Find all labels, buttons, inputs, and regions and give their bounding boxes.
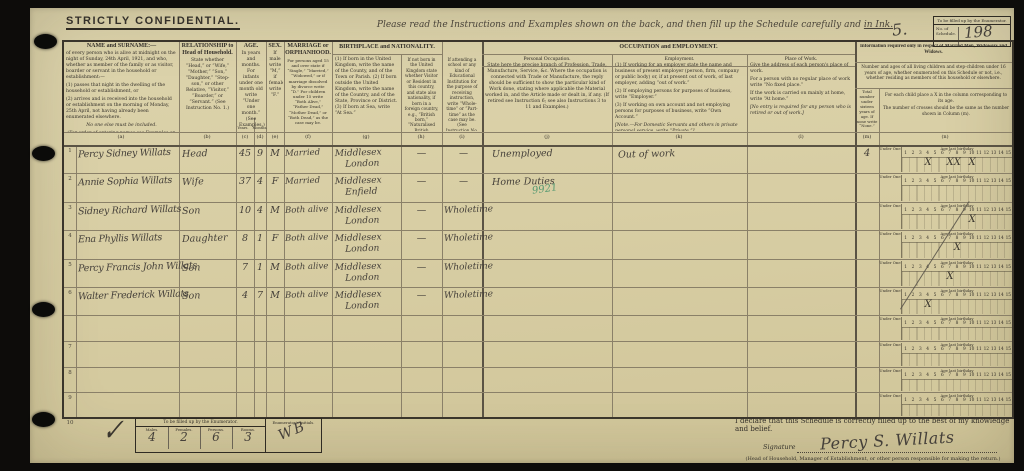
age-number: 8 (953, 398, 960, 403)
age-number: 5 (931, 347, 938, 352)
age-number: 11 (975, 398, 982, 403)
age-number: 12 (983, 208, 990, 213)
employment-desc: (2) If employing persons for purposes of… (613, 88, 746, 102)
age-number: 2 (909, 208, 916, 213)
children-age-grid: Under OneAge last birthday12345678910111… (879, 146, 1012, 172)
age-number: 12 (983, 321, 990, 326)
age-columns (902, 353, 1012, 366)
row-number: 1 (65, 148, 75, 154)
header-sex-column: SEX. If male write “M,” if female write … (267, 43, 283, 132)
grid-line (64, 202, 1012, 203)
sex-entry: F (266, 233, 284, 244)
age-number: 1 (902, 208, 909, 213)
punch-hole (32, 146, 55, 161)
column-letter: (k) (667, 134, 691, 140)
age-number: 14 (997, 373, 1004, 378)
name-entry: Ena Phyllis Willats (78, 232, 180, 246)
age-number: 6 (939, 321, 946, 326)
age-number: 14 (997, 293, 1004, 298)
age-number: 5 (931, 293, 938, 298)
age-number: 11 (975, 321, 982, 326)
age-columns (902, 404, 1012, 416)
age-number: 8 (953, 265, 960, 270)
column-letter: (i) (450, 134, 474, 140)
name-column-title: NAME and SURNAME:— (64, 43, 179, 50)
age-number: 6 (939, 347, 946, 352)
age-number: 6 (939, 373, 946, 378)
age-number: 6 (939, 208, 946, 213)
age-number: 2 (909, 265, 916, 270)
age-number: 12 (983, 373, 990, 378)
age-number: 14 (997, 236, 1004, 241)
age-columns (902, 299, 1012, 314)
punch-hole (32, 412, 55, 427)
age-number: 15 (1005, 179, 1012, 184)
enumerator-box-title: To be filled up by the Enumerator. (136, 419, 265, 427)
age-number: 14 (997, 321, 1004, 326)
education-entry: Wholetime (444, 232, 504, 244)
age-number: 1 (902, 236, 909, 241)
age-number: 12 (983, 179, 990, 184)
header-relationship-column: RELATIONSHIP to Head of Household. State… (180, 43, 235, 132)
age-number: 1 (902, 179, 909, 184)
row-number: 8 (65, 370, 75, 376)
age-number: 1 (902, 398, 909, 403)
age-number: 10 (968, 208, 975, 213)
marriage-entry: Both alive (285, 204, 332, 216)
age-number: 1 (902, 347, 909, 352)
column-letter: (m) (855, 134, 879, 140)
age-number: 14 (997, 151, 1004, 156)
place-of-work-desc: [No entry is required for any person who… (748, 104, 854, 118)
confidential-heading: STRICTLY CONFIDENTIAL. (66, 15, 240, 30)
header-personal-occupation: Personal Occupation. State here the prec… (483, 56, 611, 131)
age-number: 4 (924, 293, 931, 298)
age-number: 7 (946, 347, 953, 352)
age-number: 7 (946, 179, 953, 184)
birthplace-line: London (335, 243, 399, 256)
children-age-grid: Under OneAge last birthday12345678910111… (879, 174, 1012, 201)
age-number: 6 (939, 398, 946, 403)
months-label: Months. (252, 126, 268, 130)
marriage-entry: Both alive (285, 289, 332, 301)
age-number: 10 (968, 321, 975, 326)
age-number: 6 (939, 265, 946, 270)
age-number: 6 (939, 151, 946, 156)
age-number: 7 (946, 293, 953, 298)
age-number: 11 (975, 265, 982, 270)
children-age-grid: Under OneAge last birthday12345678910111… (879, 342, 1012, 366)
enumerator-counts: To be filled up by the Enumerator. Males… (136, 419, 266, 452)
fill-in-ink-instruction: Please read the Instructions and Example… (350, 20, 920, 30)
row-number: 5 (65, 262, 75, 268)
persons-value: 6 (200, 430, 232, 444)
header-birthplace-band: BIRTHPLACE and NATIONALITY. (332, 44, 442, 54)
age-number: 14 (997, 179, 1004, 184)
age-number: 10 (968, 236, 975, 241)
sex-entry: M (266, 262, 284, 273)
header-children-desc: Number and ages of all living children a… (856, 64, 1011, 87)
age-number: 8 (953, 293, 960, 298)
age-number: 3 (917, 179, 924, 184)
age-number: 13 (990, 398, 997, 403)
census-schedule-scan: STRICTLY CONFIDENTIAL. Please read the I… (0, 0, 1024, 471)
sex-entry: F (266, 176, 284, 187)
age-months-entry: 9 (254, 148, 266, 159)
age-number: 12 (983, 293, 990, 298)
age-number: 15 (1005, 265, 1012, 270)
place-of-work-desc: If the work is carried on mainly at home… (748, 90, 854, 104)
age-number: 3 (917, 151, 924, 156)
marriage-entry: Both alive (285, 261, 332, 273)
child-age-mark: X (953, 157, 961, 168)
declaration-note: (Head of Household, Manager of Establish… (735, 456, 1011, 462)
punch-hole (32, 302, 55, 317)
header-marriage-column: MARRIAGE or ORPHANHOOD. For persons aged… (285, 43, 331, 132)
employment-desc: (1) If working for an employer state the… (613, 62, 746, 88)
years-label: Years. (232, 126, 254, 130)
under-one-label: Under One (879, 232, 902, 258)
age-number: 8 (953, 179, 960, 184)
age-number: 5 (931, 265, 938, 270)
instruction-text: Please read the Instructions and Example… (377, 20, 861, 30)
rooms-value: 3 (232, 430, 264, 444)
under-one-label: Under One (879, 317, 902, 340)
age-number: 15 (1005, 236, 1012, 241)
age-number: 2 (909, 398, 916, 403)
grid-line (64, 132, 1012, 133)
marriage-entry: Married (285, 175, 332, 187)
birthplace-entry: Middlesex London (335, 261, 400, 286)
age-number: 13 (990, 179, 997, 184)
age-number: 3 (917, 398, 924, 403)
enumerator-initials-box: Enumerator's Initials. WB (266, 419, 321, 452)
age-number: 15 (1005, 347, 1012, 352)
age-number: 2 (909, 151, 916, 156)
employment-desc: [Note.—For Domestic Servants and others … (613, 122, 746, 131)
row-number: 3 (65, 205, 75, 211)
birthplace-line: London (335, 215, 399, 228)
age-number: 3 (917, 208, 924, 213)
age-number: 2 (909, 236, 916, 241)
name-entry: Percy Francis John Willats (78, 261, 180, 275)
grid-line (64, 230, 1012, 231)
age-number: 7 (946, 398, 953, 403)
grid-line (64, 392, 1012, 393)
age-number: 14 (997, 265, 1004, 270)
age-number: 3 (917, 373, 924, 378)
child-age-mark: X (946, 271, 954, 282)
age-number: 5 (931, 321, 938, 326)
age-number: 5 (931, 236, 938, 241)
age-number: 13 (990, 236, 997, 241)
females-value: 2 (168, 430, 200, 444)
grid-line (64, 315, 1012, 316)
grid-line (64, 173, 1012, 174)
age-number: 3 (917, 321, 924, 326)
name-entry: Percy Sidney Willats (78, 147, 180, 161)
age-columns (902, 327, 1012, 340)
age-number: 3 (917, 347, 924, 352)
birthplace-entry: Middlesex London (335, 289, 400, 314)
under-one-label: Under One (879, 204, 902, 229)
age-number: 4 (924, 321, 931, 326)
grid-line (64, 367, 1012, 368)
age-number: 4 (924, 398, 931, 403)
header-age-grid: For each child place a X in the column c… (880, 92, 1012, 131)
schedule-number-value: 198 (963, 22, 993, 42)
sex-entry: M (266, 205, 284, 216)
age-number: 7 (946, 208, 953, 213)
name-column-desc: of every person who is alive at midnight… (64, 50, 179, 82)
child-age-mark: X (924, 157, 932, 168)
age-number: 8 (953, 208, 960, 213)
under-one-label: Under One (879, 261, 902, 286)
age-number: 9 (961, 236, 968, 241)
age-number: 9 (961, 321, 968, 326)
relationship-column-title: RELATIONSHIP to Head of Household. (180, 43, 235, 57)
age-number: 1 (902, 265, 909, 270)
name-entry: Annie Sophia Willats (78, 175, 180, 189)
age-number: 4 (924, 151, 931, 156)
age-number: 2 (909, 373, 916, 378)
age-number: 4 (924, 347, 931, 352)
signature-row: Signature Percy S. Willats (735, 433, 1011, 455)
grid-line (76, 145, 77, 417)
relationship-column-desc: State whether “Head,” or “Wife,” “Mother… (180, 57, 235, 113)
column-letter: (a) (109, 134, 133, 140)
age-number: 6 (939, 293, 946, 298)
age-number: 8 (953, 373, 960, 378)
males-value: 4 (136, 430, 168, 444)
age-number: 8 (953, 347, 960, 352)
age-number: 2 (909, 347, 916, 352)
education-entry: Wholetime (444, 261, 504, 273)
handwritten-five: 5. (891, 19, 908, 39)
age-years-entry: 45 (236, 148, 254, 159)
age-number: 15 (1005, 151, 1012, 156)
total-children-entry: 4 (855, 148, 879, 159)
age-number: 7 (946, 321, 953, 326)
name-entry: Sidney Richard Willats (78, 204, 180, 218)
children-age-grid: Under OneAge last birthday12345678910111… (879, 368, 1012, 391)
relationship-entry: Daughter (182, 232, 236, 245)
birthplace-column-desc: (1) If born in the United Kingdom, write… (333, 56, 400, 118)
under-one-label: Under One (879, 394, 902, 416)
education-column-desc: If attending a school or any kind of Edu… (443, 56, 481, 131)
age-number: 5 (931, 151, 938, 156)
birthplace-entry: Middlesex Enfield (335, 175, 400, 200)
nationality-entry: — (401, 148, 442, 159)
age-years-entry: 8 (236, 233, 254, 244)
age-number: 10 (968, 151, 975, 156)
age-number: 4 (924, 236, 931, 241)
age-months-entry: 4 (254, 205, 266, 216)
column-letter: (f) (296, 134, 320, 140)
row-number: 7 (65, 344, 75, 350)
age-number: 9 (961, 265, 968, 270)
instruction-emphasis: in Ink. (864, 20, 893, 30)
age-number: 10 (968, 293, 975, 298)
under-one-label: Under One (879, 289, 902, 314)
nationality-entry: — (401, 262, 442, 273)
age-number: 8 (953, 151, 960, 156)
age-number: 12 (983, 265, 990, 270)
age-number: 13 (990, 347, 997, 352)
grid-line (64, 259, 1012, 260)
age-number: 9 (961, 398, 968, 403)
age-number: 13 (990, 321, 997, 326)
age-months-entry: 7 (254, 290, 266, 301)
age-column-desc: In years and months. For infants under o… (237, 50, 265, 130)
age-number: 11 (975, 373, 982, 378)
sex-entry: M (266, 148, 284, 159)
under-one-label: Under One (879, 343, 902, 366)
header-education-column: If attending a school or any kind of Edu… (443, 56, 481, 131)
grid-line (64, 287, 1012, 288)
header-total-children: Total number under sixteen years of age.… (855, 90, 879, 131)
column-letter: (h) (409, 134, 433, 140)
age-columns (902, 185, 1012, 201)
age-number: 14 (997, 347, 1004, 352)
header-age-column: AGE. In years and months. For infants un… (237, 43, 265, 132)
relationship-entry: Head (182, 147, 236, 160)
age-number: 10 (968, 398, 975, 403)
age-number: 12 (983, 236, 990, 241)
header-children-band: Information required only in respect of … (855, 44, 1012, 62)
child-age-mark: X (968, 214, 976, 225)
name-column-desc: (1) passes that night in the dwelling of… (64, 82, 179, 96)
marriage-entry: Both alive (285, 232, 332, 244)
age-number: 1 (902, 321, 909, 326)
occupation-band-title: OCCUPATION and EMPLOYMENT. (482, 44, 855, 51)
age-number: 7 (946, 265, 953, 270)
relationship-entry: Son (182, 261, 236, 274)
birthplace-line: London (335, 300, 399, 313)
grid-line (64, 341, 1012, 342)
birthplace-entry: Middlesex London (335, 147, 400, 172)
age-number: 2 (909, 321, 916, 326)
header-employment: Employment. (1) If working for an employ… (613, 56, 746, 131)
birthplace-entry: Middlesex London (335, 204, 400, 229)
column-letter: (l) (789, 134, 813, 140)
age-months-entry: 4 (254, 176, 266, 187)
children-age-grid: Under OneAge last birthday12345678910111… (879, 316, 1012, 340)
marriage-column-desc: For persons aged 15 and over state if “S… (285, 57, 331, 126)
column-letter: (j) (535, 134, 559, 140)
declaration-text: I declare that this Schedule is correctl… (735, 417, 1011, 433)
age-number: 5 (931, 179, 938, 184)
column-letter: (g) (354, 134, 378, 140)
age-number: 11 (975, 208, 982, 213)
age-number: 9 (961, 293, 968, 298)
education-entry: Wholetime (444, 204, 504, 216)
punch-hole (34, 34, 57, 49)
age-number: 15 (1005, 321, 1012, 326)
row-number: 2 (65, 176, 75, 182)
occupation-code-annotation: 9921 (531, 182, 558, 196)
enumerator-summary-box: To be filled up by the Enumerator. Males… (135, 418, 322, 453)
age-number: 3 (917, 236, 924, 241)
age-number: 3 (917, 293, 924, 298)
birthplace-line: London (335, 272, 399, 285)
age-years-entry: 7 (236, 262, 254, 273)
age-number: 15 (1005, 398, 1012, 403)
age-number: 5 (931, 373, 938, 378)
age-number: 1 (902, 151, 909, 156)
marriage-entry: Married (285, 147, 332, 159)
age-number: 14 (997, 208, 1004, 213)
nationality-entry: — (401, 233, 442, 244)
birthplace-band-title: BIRTHPLACE and NATIONALITY. (332, 44, 442, 51)
row-number: 4 (65, 233, 75, 239)
employment-entry: Out of work (618, 146, 746, 160)
age-number: 14 (997, 398, 1004, 403)
age-number: 4 (924, 373, 931, 378)
place-of-work-desc: For a person with no regular place of wo… (748, 76, 854, 90)
age-number: 11 (975, 347, 982, 352)
relationship-entry: Wife (182, 175, 236, 188)
grid-line (332, 54, 442, 55)
child-age-mark: X (968, 157, 976, 168)
children-age-grid: Under OneAge last birthday12345678910111… (879, 393, 1012, 416)
age-number: 9 (961, 347, 968, 352)
age-number: 11 (975, 293, 982, 298)
nationality-column-desc: If not born in the United Kingdom state … (402, 56, 441, 131)
column-letter: (e) (263, 134, 287, 140)
sex-column-title: SEX. (267, 43, 283, 50)
birthplace-line: Enfield (335, 186, 399, 199)
name-column-desc: (2) arrives and is received into the hou… (64, 96, 179, 122)
grid-line (482, 54, 855, 55)
under-one-label: Under One (879, 175, 902, 201)
children-age-grid: Under OneAge last birthday12345678910111… (879, 260, 1012, 286)
grid-line (855, 88, 1012, 89)
age-number: 15 (1005, 373, 1012, 378)
age-number: 13 (990, 293, 997, 298)
age-number: 10 (968, 179, 975, 184)
age-number: 4 (924, 179, 931, 184)
age-number: 15 (1005, 208, 1012, 213)
age-number: 12 (983, 347, 990, 352)
occupation-entry: Unemployed (492, 147, 610, 160)
child-age-mark: X (924, 299, 932, 310)
age-number: 2 (909, 179, 916, 184)
census-table: NAME and SURNAME:— of every person who i… (62, 40, 1014, 419)
relationship-entry: Son (182, 289, 236, 302)
age-number: 11 (975, 179, 982, 184)
age-number: 8 (953, 236, 960, 241)
grid-line (64, 145, 1012, 147)
birthplace-line: London (335, 158, 399, 171)
age-years-entry: 10 (236, 205, 254, 216)
header-birthplace-column: (1) If born in the United Kingdom, write… (333, 56, 400, 131)
column-letter: (b) (195, 134, 219, 140)
children-band-desc: Number and ages of all living children a… (856, 64, 1011, 83)
age-number: 7 (946, 373, 953, 378)
age-number: 6 (939, 179, 946, 184)
age-column-title: AGE. (237, 43, 265, 50)
age-columns (902, 379, 1012, 391)
age-number: 13 (990, 208, 997, 213)
age-number: 5 (931, 398, 938, 403)
under-one-label: Under One (879, 147, 902, 172)
header-name-column: NAME and SURNAME:— of every person who i… (64, 43, 179, 132)
age-months-entry: 1 (254, 233, 266, 244)
column-letter: (n) (933, 134, 957, 140)
name-entry: Walter Frederick Willats (78, 289, 180, 303)
total-children-desc: Total number under sixteen years of age.… (855, 90, 879, 129)
